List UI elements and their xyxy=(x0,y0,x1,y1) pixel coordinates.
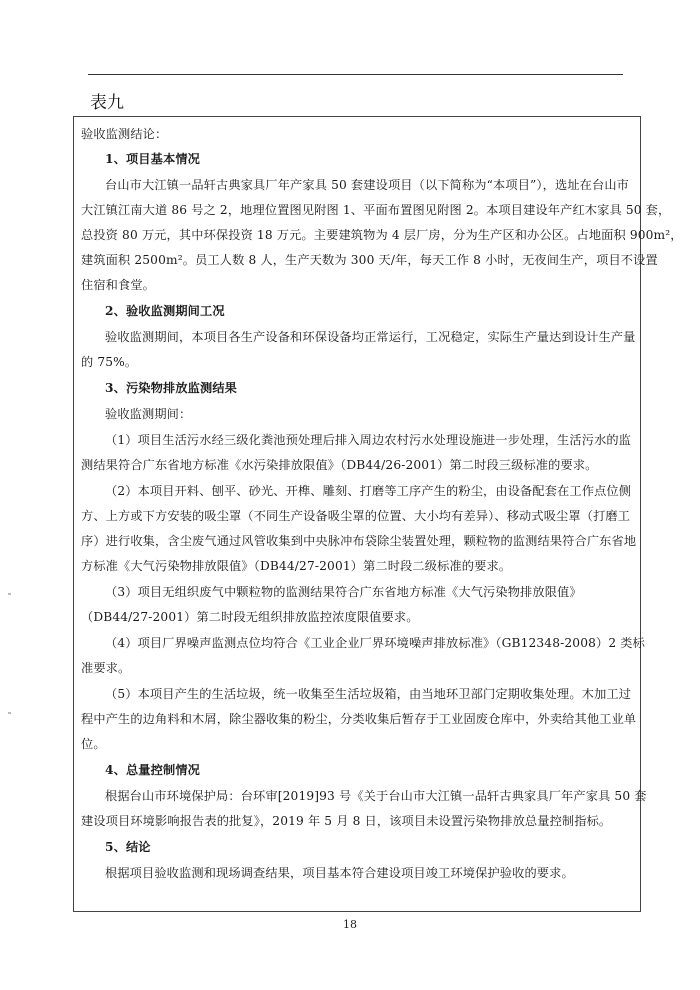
section-3-line: （DB44/27-2001）第二时段无组织排放监控浓度限值要求。 xyxy=(81,611,419,623)
section-1-line: 住宿和食堂。 xyxy=(81,279,155,291)
section-1-line: 建筑面积 2500m²。员工人数 8 人，生产天数为 300 天/年，每天工作 … xyxy=(81,254,658,266)
section-3-line: （5）本项目产生的生活垃圾，统一收集至生活垃圾箱，由当地环卫部门定期收集处理。木… xyxy=(105,688,631,700)
section-1-line: 总投资 80 万元，其中环保投资 18 万元。主要建筑物为 4 层厂房，分为生产… xyxy=(81,229,683,241)
section-3-line: （4）项目厂界噪声监测点位均符合《工业企业厂界环境噪声排放标准》（GB12348… xyxy=(105,637,645,649)
table-title: 表九 xyxy=(90,88,124,113)
section-3-line: （1）项目生活污水经三级化粪池预处理后排入周边农村污水处理设施进一步处理，生活污… xyxy=(105,434,631,446)
section-2-heading: 2、验收监测期间工况 xyxy=(105,305,225,317)
section-3-line: 方、上方或下方安装的吸尘罩（不同生产设备吸尘罩的位置、大小均有差异）、移动式吸尘… xyxy=(81,510,630,522)
section-4-line: 根据台山市环境保护局：台环审[2019]93 号《关于台山市大江镇一品轩古典家具… xyxy=(105,790,647,802)
section-5-heading: 5、结论 xyxy=(105,841,151,853)
section-2-line: 验收监测期间，本项目各生产设备和环保设备均正常运行，工况稳定，实际生产量达到设计… xyxy=(105,331,636,343)
section-3-line: 准要求。 xyxy=(81,662,130,674)
section-1-heading: 1、项目基本情况 xyxy=(105,153,200,165)
page-number: 18 xyxy=(0,918,700,931)
intro-label: 验收监测结论： xyxy=(81,128,167,140)
section-3-line: 序）进行收集，含尘废气通过风管收集到中央脉冲布袋除尘装置处理，颗粒物的监测结果符… xyxy=(81,535,636,547)
section-2-line: 的 75%。 xyxy=(81,356,137,368)
section-3-line: 验收监测期间： xyxy=(105,408,191,420)
scan-artifact xyxy=(8,593,11,595)
section-3-line: 程中产生的边角料和木屑，除尘器收集的粉尘，分类收集后暂存于工业固废仓库中，外卖给… xyxy=(81,713,636,725)
section-3-line: 测结果符合广东省地方标准《水污染排放限值》（DB44/26-2001）第二时段三… xyxy=(81,459,598,471)
section-3-line: （2）本项目开料、刨平、砂光、开榫、雕刻、打磨等工序产生的粉尘，由设备配套在工作… xyxy=(105,485,631,497)
section-3-line: （3）项目无组织废气中颗粒物的监测结果符合广东省地方标准《大气污染物排放限值》 xyxy=(105,586,582,598)
section-3-heading: 3、污染物排放监测结果 xyxy=(105,382,237,394)
section-1-line: 大江镇江南大道 86 号之 2，地理位置图见附图 1、平面布置图见附图 2。本项… xyxy=(81,204,670,216)
header-rule xyxy=(88,74,623,75)
section-3-line: 方标准《大气污染物排放限值》（DB44/27-2001）第二时段二级标准的要求。 xyxy=(81,560,511,572)
section-4-line: 建设项目环境影响报告表的批复》，2019 年 5 月 8 日，该项目未设置污染物… xyxy=(81,815,611,827)
section-3-line: 位。 xyxy=(81,738,106,750)
section-1-line: 台山市大江镇一品轩古典家具厂年产家具 50 套建设项目（以下简称为“本项目”），… xyxy=(105,179,629,191)
scan-artifact xyxy=(8,712,11,714)
section-5-line: 根据项目验收监测和现场调查结果，项目基本符合建设项目竣工环境保护验收的要求。 xyxy=(105,867,574,879)
section-4-heading: 4、总量控制情况 xyxy=(105,764,200,776)
